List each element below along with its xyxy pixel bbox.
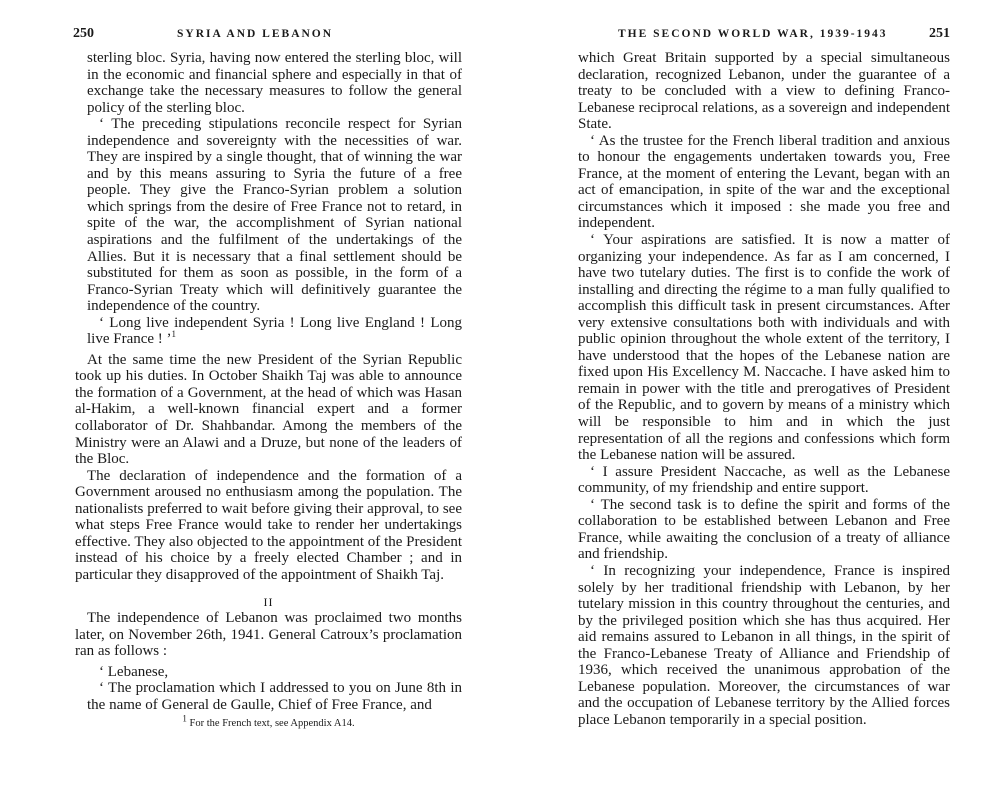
paragraph: The declaration of independence and the … <box>75 468 462 584</box>
paragraph: The independence of Lebanon was proclaim… <box>75 610 462 660</box>
paragraph: ‘ The preceding stipulations reconcile r… <box>75 116 462 315</box>
paragraph: sterling bloc. Syria, having now entered… <box>75 50 462 116</box>
paragraph: ‘ Your aspirations are satisfied. It is … <box>578 232 950 464</box>
footnote-text: For the French text, see Appendix A14. <box>190 718 355 729</box>
section-number: II <box>75 594 462 611</box>
running-head: THE SECOND WORLD WAR, 1939-1943 <box>618 28 888 40</box>
paragraph: ‘ In recognizing your independence, Fran… <box>578 563 950 728</box>
footnote-ref[interactable]: 1 <box>172 329 177 339</box>
paragraph: ‘ Lebanese, <box>75 664 462 681</box>
paragraph: which Great Britain supported by a speci… <box>578 50 950 133</box>
paragraph-text: ‘ Long live independent Syria ! Long liv… <box>87 315 462 348</box>
running-head: SYRIA AND LEBANON <box>177 28 333 40</box>
paragraph: ‘ I assure President Naccache, as well a… <box>578 464 950 497</box>
page-number: 251 <box>929 26 950 42</box>
footnote: 1 For the French text, see Appendix A14. <box>75 716 462 733</box>
paragraph: At the same time the new President of th… <box>75 352 462 468</box>
page-number: 250 <box>73 26 94 42</box>
body-text: which Great Britain supported by a speci… <box>578 50 950 728</box>
footnote-marker: 1 <box>182 714 187 724</box>
paragraph: ‘ Long live independent Syria ! Long liv… <box>75 315 462 348</box>
body-text: sterling bloc. Syria, having now entered… <box>75 50 462 733</box>
paragraph: ‘ The second task is to define the spiri… <box>578 497 950 563</box>
paragraph: ‘ As the trustee for the French liberal … <box>578 133 950 232</box>
paragraph: ‘ The proclamation which I addressed to … <box>75 680 462 713</box>
